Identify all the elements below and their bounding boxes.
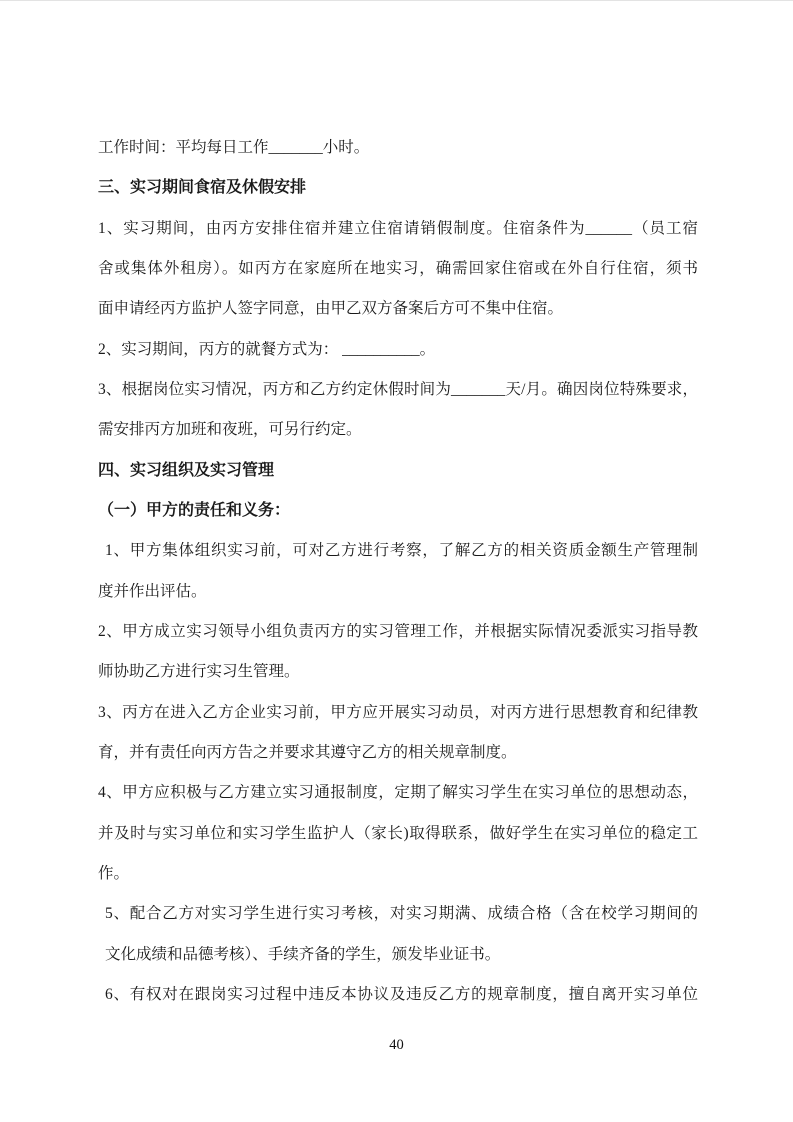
heading-section-4-management: 四、实习组织及实习管理 xyxy=(98,451,698,491)
heading-section-3-accommodation: 三、实习期间食宿及休假安排 xyxy=(98,168,698,208)
paragraph-duty-3-line-2: 育，并有责任向丙方告之并要求其遵守乙方的相关规章制度。 xyxy=(98,733,698,773)
paragraph-duty-2-line-2: 师协助乙方进行实习生管理。 xyxy=(98,652,698,692)
paragraph-dining: 2、实习期间，丙方的就餐方式为： __________。 xyxy=(98,330,698,370)
paragraph-lodging-line-2: 舍或集体外租房）。如丙方在家庭所在地实习，确需回家住宿或在外自行住宿，须书 xyxy=(98,249,698,289)
paragraph-duty-4-line-3: 作。 xyxy=(98,854,698,894)
paragraph-work-hours: 工作时间：平均每日工作_______小时。 xyxy=(98,128,698,168)
paragraph-duty-2-line-1: 2、甲方成立实习领导小组负责丙方的实习管理工作，并根据实际情况委派实习指导教 xyxy=(98,612,698,652)
paragraph-duty-3-line-1: 3、丙方在进入乙方企业实习前，甲方应开展实习动员，对丙方进行思想教育和纪律教 xyxy=(98,693,698,733)
paragraph-duty-1-line-2: 度并作出评估。 xyxy=(98,572,698,612)
heading-party-a-duties: （一）甲方的责任和义务： xyxy=(98,491,698,531)
paragraph-duty-1-line-1: 1、甲方集体组织实习前，可对乙方进行考察，了解乙方的相关资质金额生产管理制 xyxy=(98,531,698,571)
paragraph-lodging-line-1: 1、实习期间，由丙方安排住宿并建立住宿请销假制度。住宿条件为______（员工宿 xyxy=(98,209,698,249)
paragraph-duty-5-line-2: 文化成绩和品德考核）、手续齐备的学生，颁发毕业证书。 xyxy=(98,935,698,975)
paragraph-duty-4-line-1: 4、甲方应积极与乙方建立实习通报制度，定期了解实习学生在实习单位的思想动态， xyxy=(98,773,698,813)
document-page: 工作时间：平均每日工作_______小时。 三、实习期间食宿及休假安排 1、实习… xyxy=(0,0,793,1122)
document-body: 工作时间：平均每日工作_______小时。 三、实习期间食宿及休假安排 1、实习… xyxy=(98,128,698,1015)
paragraph-duty-5-line-1: 5、配合乙方对实习学生进行实习考核，对实习期满、成绩合格（含在校学习期间的 xyxy=(98,894,698,934)
paragraph-duty-6-line-1: 6、有权对在跟岗实习过程中违反本协议及违反乙方的规章制度，擅自离开实习单位 xyxy=(98,975,698,1015)
page-number: 40 xyxy=(389,1037,404,1053)
paragraph-duty-4-line-2: 并及时与实习单位和实习学生监护人（家长)取得联系，做好学生在实习单位的稳定工 xyxy=(98,814,698,854)
paragraph-lodging-line-3: 面申请经丙方监护人签字同意，由甲乙双方备案后方可不集中住宿。 xyxy=(98,289,698,329)
paragraph-rest-days-line-2: 需安排丙方加班和夜班，可另行约定。 xyxy=(98,410,698,450)
page-footer: 40 xyxy=(0,1037,793,1054)
paragraph-rest-days-line-1: 3、根据岗位实习情况，丙方和乙方约定休假时间为_______天/月。确因岗位特殊… xyxy=(98,370,698,410)
